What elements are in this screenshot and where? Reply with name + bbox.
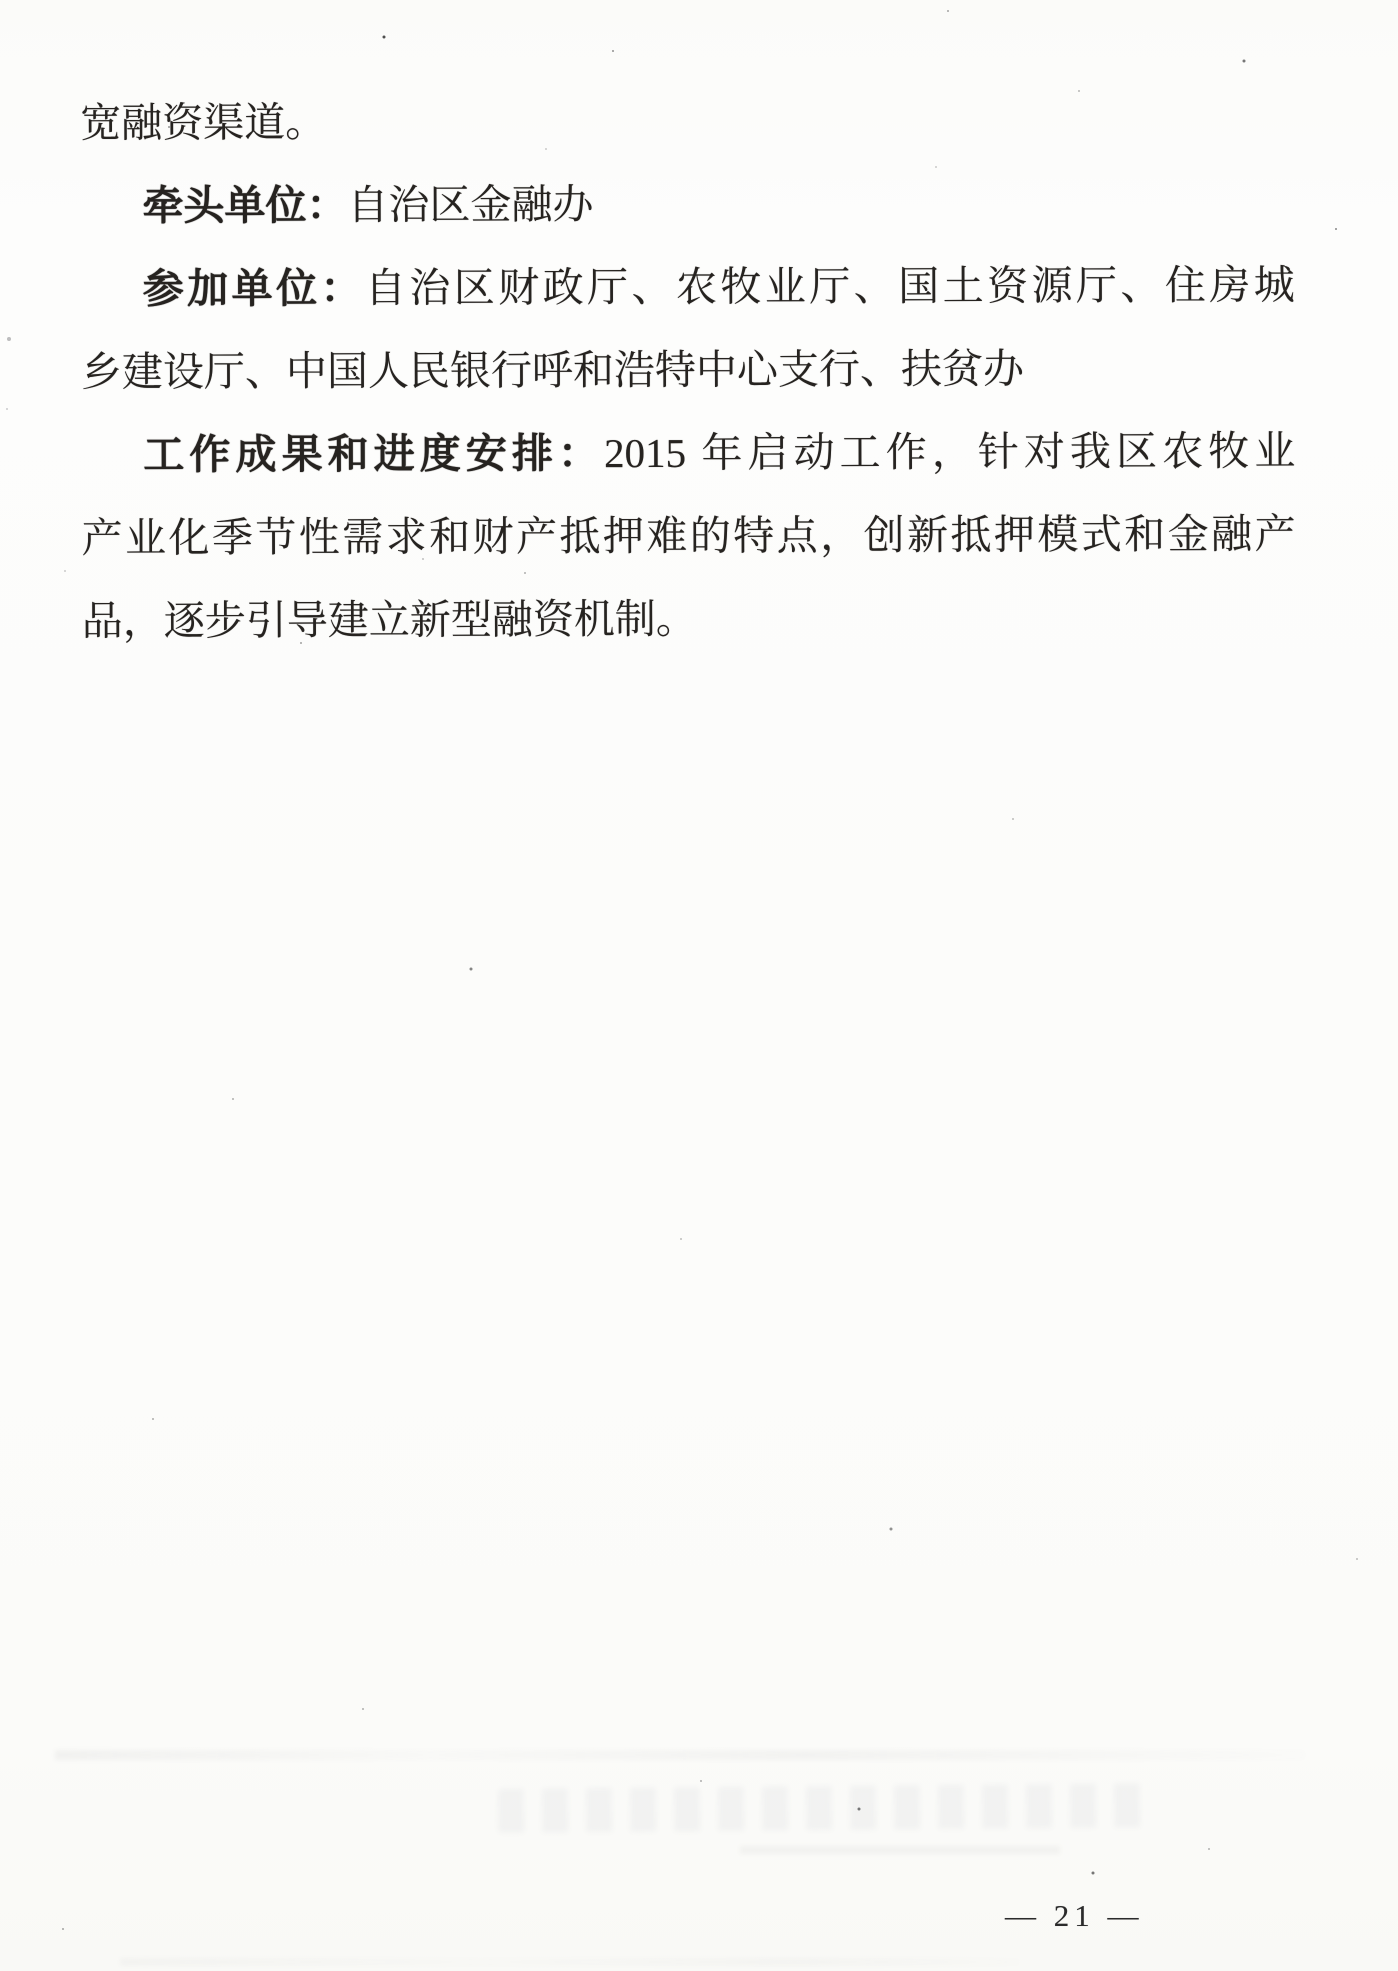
bold-label: 牵头单位： (142, 182, 347, 229)
scanned-document-page: 宽融资渠道。 牵头单位：自治区金融办 参加单位：自治区财政厅、农牧业厅、国土资源… (0, 0, 1398, 1971)
line-text: 2015 年启动工作，针对我区农牧业 (604, 428, 1295, 476)
line-text: 自治区金融办 (347, 181, 593, 228)
line-text: 自治区财政厅、农牧业厅、国土资源厅、住房城 (365, 262, 1295, 311)
lead-unit-line: 牵头单位：自治区金融办 (80, 161, 1294, 248)
line-text: 品，逐步引导建立新型融资机制。 (82, 596, 697, 644)
line-text: 宽融资渠道。 (80, 99, 326, 146)
bold-label: 工作成果和进度安排： (143, 430, 604, 478)
page-number: — 21 — (1005, 1898, 1144, 1934)
work-progress-line-1: 工作成果和进度安排：2015 年启动工作，针对我区农牧业 (81, 410, 1295, 497)
work-progress-line-3: 品，逐步引导建立新型融资机制。 (82, 576, 1296, 663)
bold-label: 参加单位： (143, 265, 365, 312)
participating-units-line-1: 参加单位：自治区财政厅、农牧业厅、国土资源厅、住房城 (81, 244, 1295, 331)
bleed-through-smudge (498, 1783, 1143, 1833)
bleed-through-streak-bottom (740, 1846, 1060, 1854)
continuation-text-line: 宽融资渠道。 (80, 78, 1294, 165)
work-progress-line-2: 产业化季节性需求和财产抵押难的特点，创新抵押模式和金融产 (81, 493, 1295, 580)
bleed-through-streak-edge (120, 1958, 1020, 1966)
scan-noise-speckles (0, 0, 2, 2)
bleed-through-streak-top (55, 1750, 1305, 1760)
line-text: 产业化季节性需求和财产抵押难的特点，创新抵押模式和金融产 (82, 511, 1296, 561)
line-text: 乡建设厅、中国人民银行呼和浩特中心支行、扶贫办 (81, 346, 1024, 395)
document-body-text: 宽融资渠道。 牵头单位：自治区金融办 参加单位：自治区财政厅、农牧业厅、国土资源… (80, 78, 1296, 663)
participating-units-line-2: 乡建设厅、中国人民银行呼和浩特中心支行、扶贫办 (81, 327, 1295, 414)
